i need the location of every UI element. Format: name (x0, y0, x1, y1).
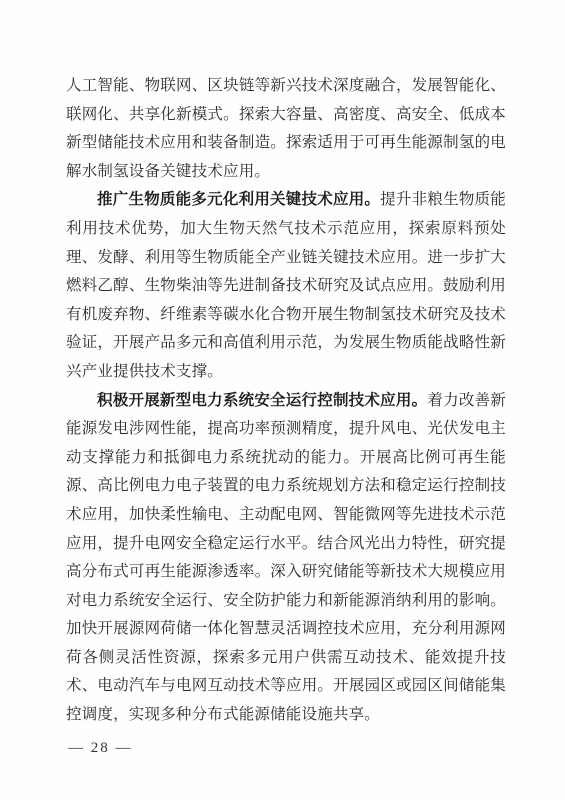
paragraph-lead: 推广生物质能多元化利用关键技术应用。 (97, 191, 380, 208)
paragraph: 推广生物质能多元化利用关键技术应用。提升非粮生物质能利用技术优势，加大生物天然气… (66, 186, 506, 386)
page-number: — 28 — (68, 740, 133, 757)
paragraph: 人工智能、物联网、区块链等新兴技术深度融合，发展智能化、联网化、共享化新模式。探… (66, 72, 506, 186)
paragraph-lead: 积极开展新型电力系统安全运行控制技术应用。 (97, 392, 427, 409)
paragraph: 积极开展新型电力系统安全运行控制技术应用。着力改善新能源发电涉网性能，提高功率预… (66, 387, 506, 730)
paragraph-text: 提升非粮生物质能利用技术优势，加大生物天然气技术示范应用，探索原料预处理、发酵、… (66, 191, 506, 380)
document-page: 人工智能、物联网、区块链等新兴技术深度融合，发展智能化、联网化、共享化新模式。探… (0, 0, 565, 800)
paragraph-text: 着力改善新能源发电涉网性能，提高功率预测精度，提升风电、光伏发电主动支撑能力和抵… (66, 392, 506, 724)
document-body: 人工智能、物联网、区块链等新兴技术深度融合，发展智能化、联网化、共享化新模式。探… (66, 72, 506, 730)
paragraph-text: 人工智能、物联网、区块链等新兴技术深度融合，发展智能化、联网化、共享化新模式。探… (66, 77, 506, 180)
